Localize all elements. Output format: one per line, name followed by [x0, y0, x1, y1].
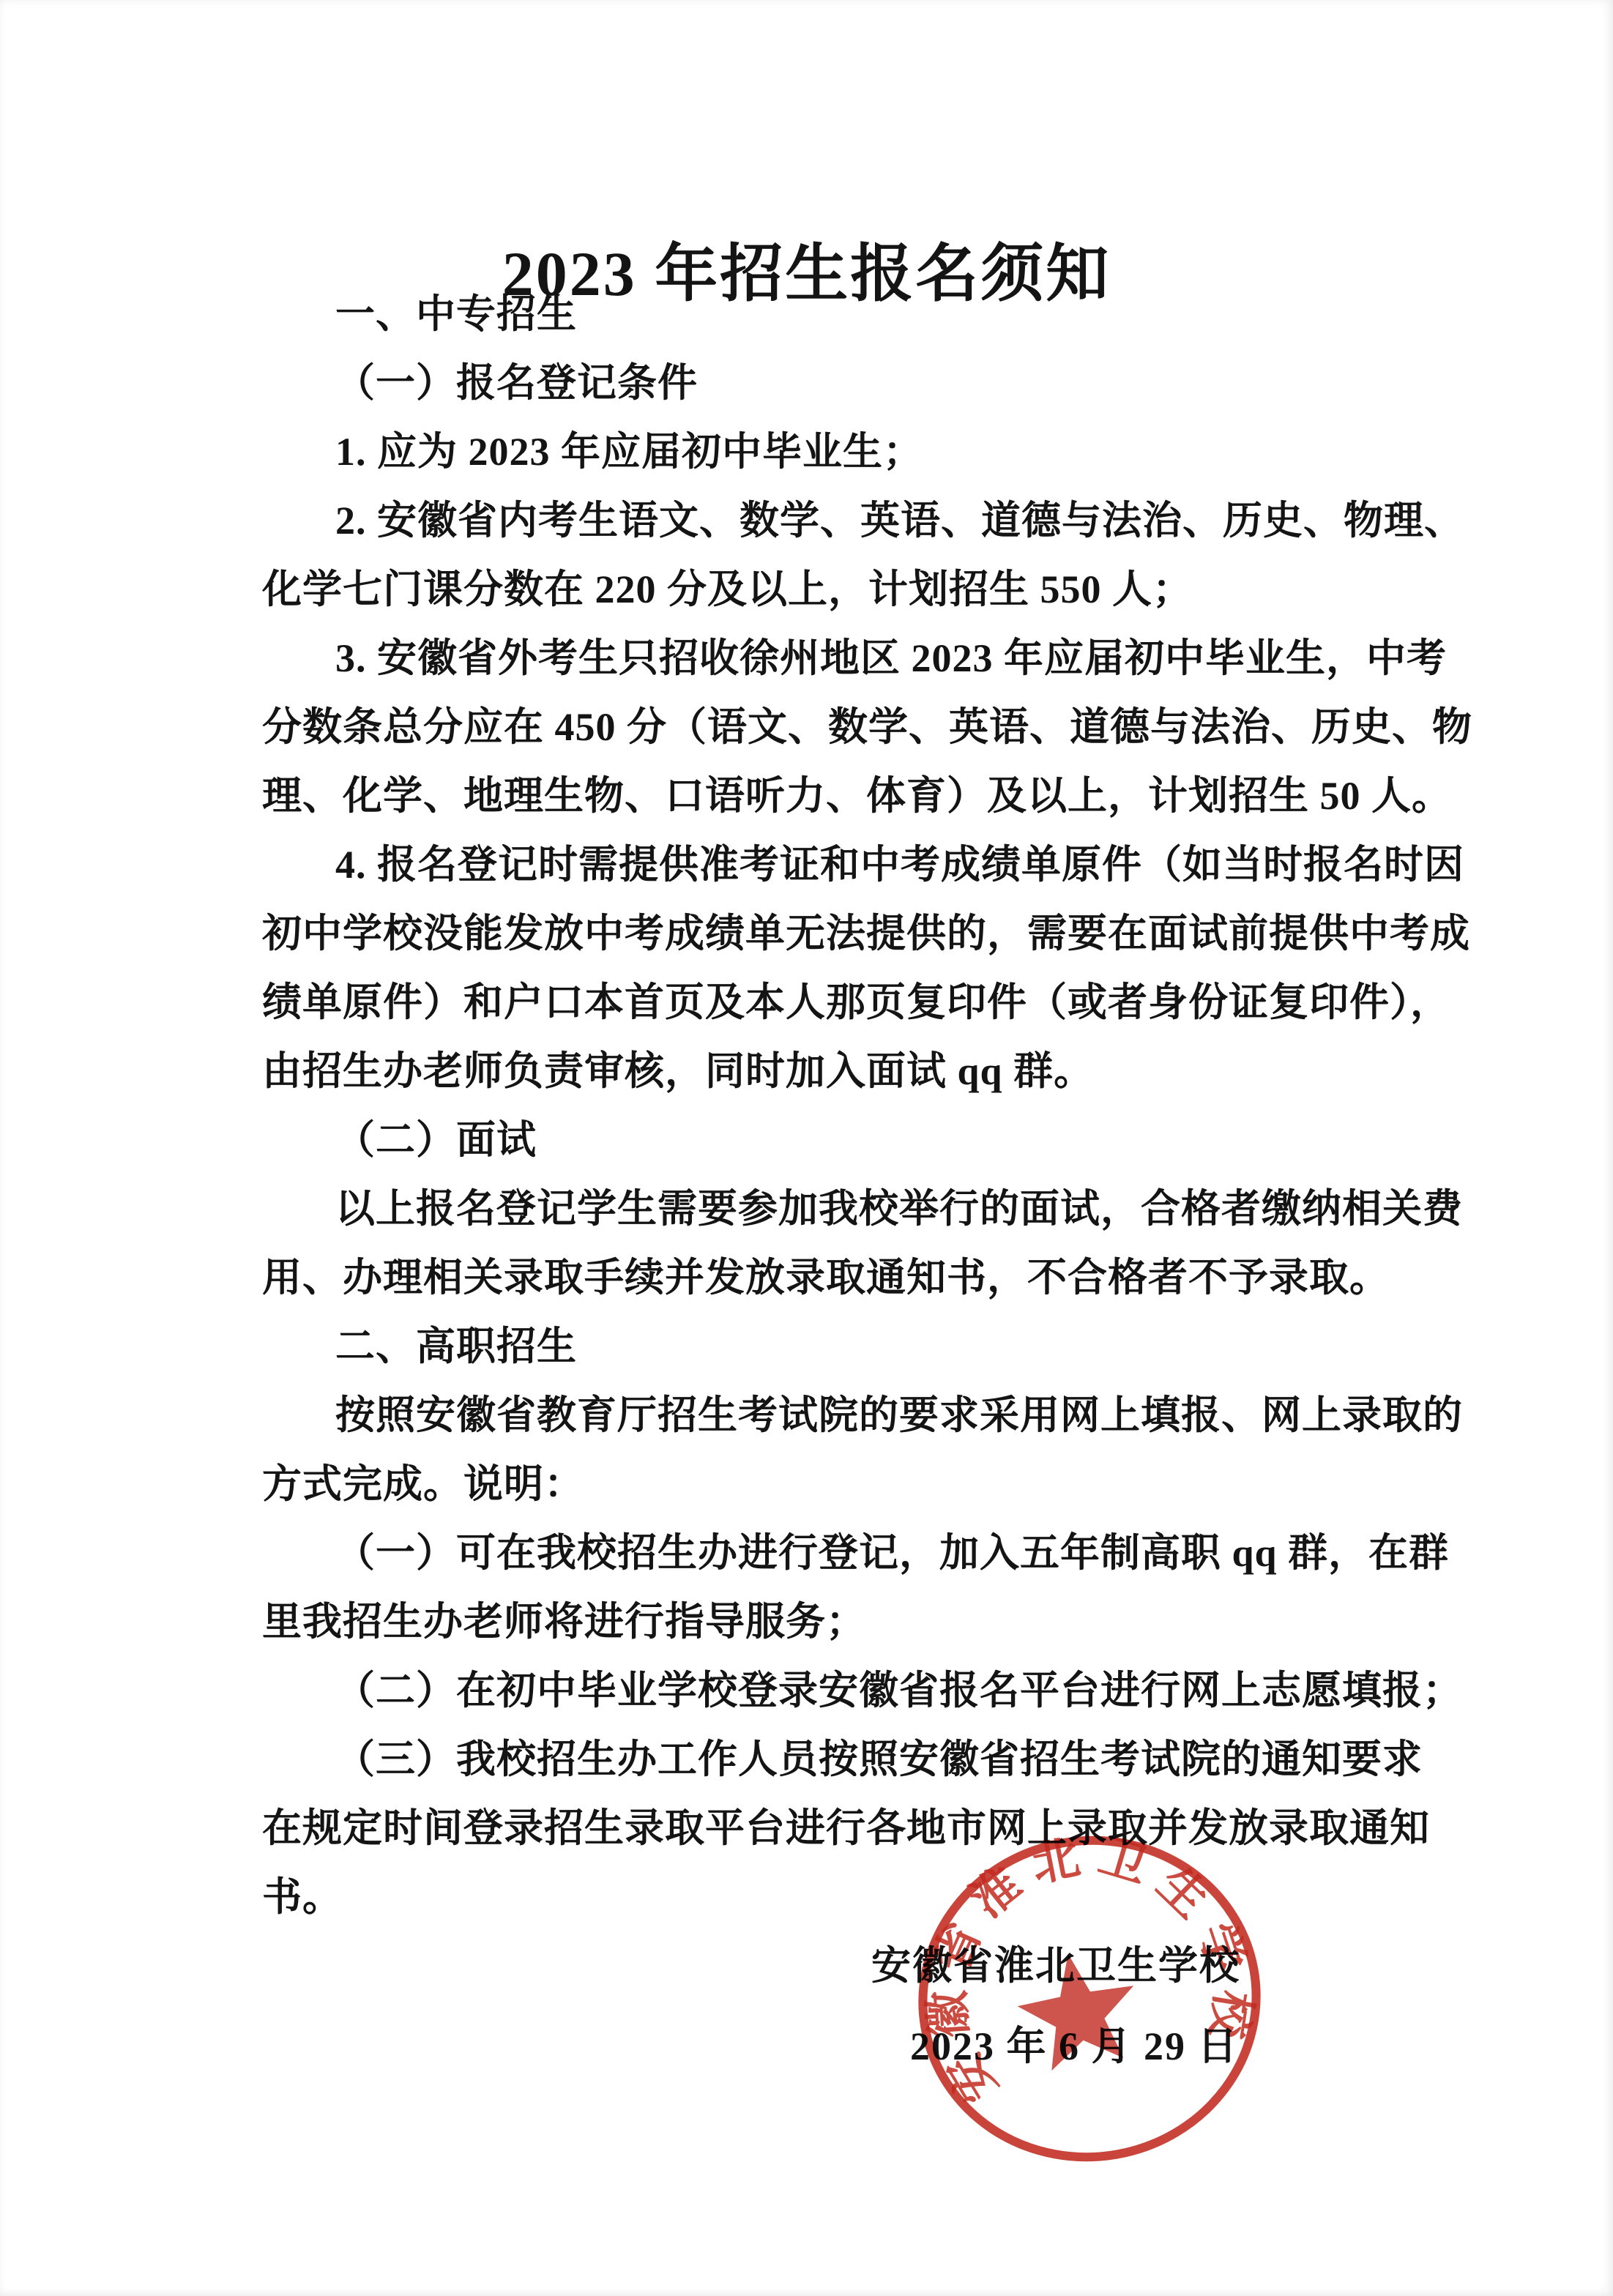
body-line: 二、高职招生 [262, 1312, 1426, 1381]
body-line: 1. 应为 2023 年应届初中毕业生； [262, 417, 1426, 486]
body-line: 按照安徽省教育厅招生考试院的要求采用网上填报、网上录取的 [262, 1381, 1426, 1450]
body-line: （二）在初中毕业学校登录安徽省报名平台进行网上志愿填报； [262, 1656, 1426, 1725]
body-line: （二）面试 [262, 1106, 1426, 1174]
body-line: 以上报名登记学生需要参加我校举行的面试，合格者缴纳相关费 [262, 1174, 1426, 1243]
body-line: （一）报名登记条件 [262, 348, 1426, 417]
body-line: 里我招生办老师将进行指导服务； [262, 1587, 1426, 1656]
body-line: （一）可在我校招生办进行登记，加入五年制高职 qq 群，在群 [262, 1518, 1426, 1587]
body-line: 分数条总分应在 450 分（语文、数学、英语、道德与法治、历史、物 [262, 693, 1426, 761]
body-line: 4. 报名登记时需提供准考证和中考成绩单原件（如当时报名时因 [262, 830, 1426, 899]
document-page: 2023 年招生报名须知 一、中专招生 （一）报名登记条件 1. 应为 2023… [0, 0, 1613, 2296]
body-line: 一、中专招生 [262, 280, 1426, 348]
body-line: 2. 安徽省内考生语文、数学、英语、道德与法治、历史、物理、 [262, 486, 1426, 555]
seal-ring-text: 安徽省淮北卫生学校 [917, 1834, 1262, 2116]
body-line: 由招生办老师负责审核，同时加入面试 qq 群。 [262, 1037, 1426, 1106]
svg-text:安徽省淮北卫生学校: 安徽省淮北卫生学校 [917, 1834, 1262, 2116]
body-line: 用、办理相关录取手续并发放录取通知书，不合格者不予录取。 [262, 1243, 1426, 1312]
body-line: （三）我校招生办工作人员按照安徽省招生考试院的通知要求 [262, 1725, 1426, 1794]
body-line: 3. 安徽省外考生只招收徐州地区 2023 年应届初中毕业生，中考 [262, 624, 1426, 693]
seal-star-icon [1010, 1944, 1145, 2075]
body-line: 理、化学、地理生物、口语听力、体育）及以上，计划招生 50 人。 [262, 761, 1426, 830]
body-line: 化学七门课分数在 220 分及以上，计划招生 550 人； [262, 555, 1426, 624]
school-seal: 安徽省淮北卫生学校 [917, 1834, 1262, 2163]
body-line: 绩单原件）和户口本首页及本人那页复印件（或者身份证复印件）， [262, 968, 1426, 1037]
body-line: 初中学校没能发放中考成绩单无法提供的，需要在面试前提供中考成 [262, 899, 1426, 968]
body-line: 方式完成。说明： [262, 1450, 1426, 1518]
body-text: 一、中专招生 （一）报名登记条件 1. 应为 2023 年应届初中毕业生； 2.… [262, 280, 1426, 1931]
